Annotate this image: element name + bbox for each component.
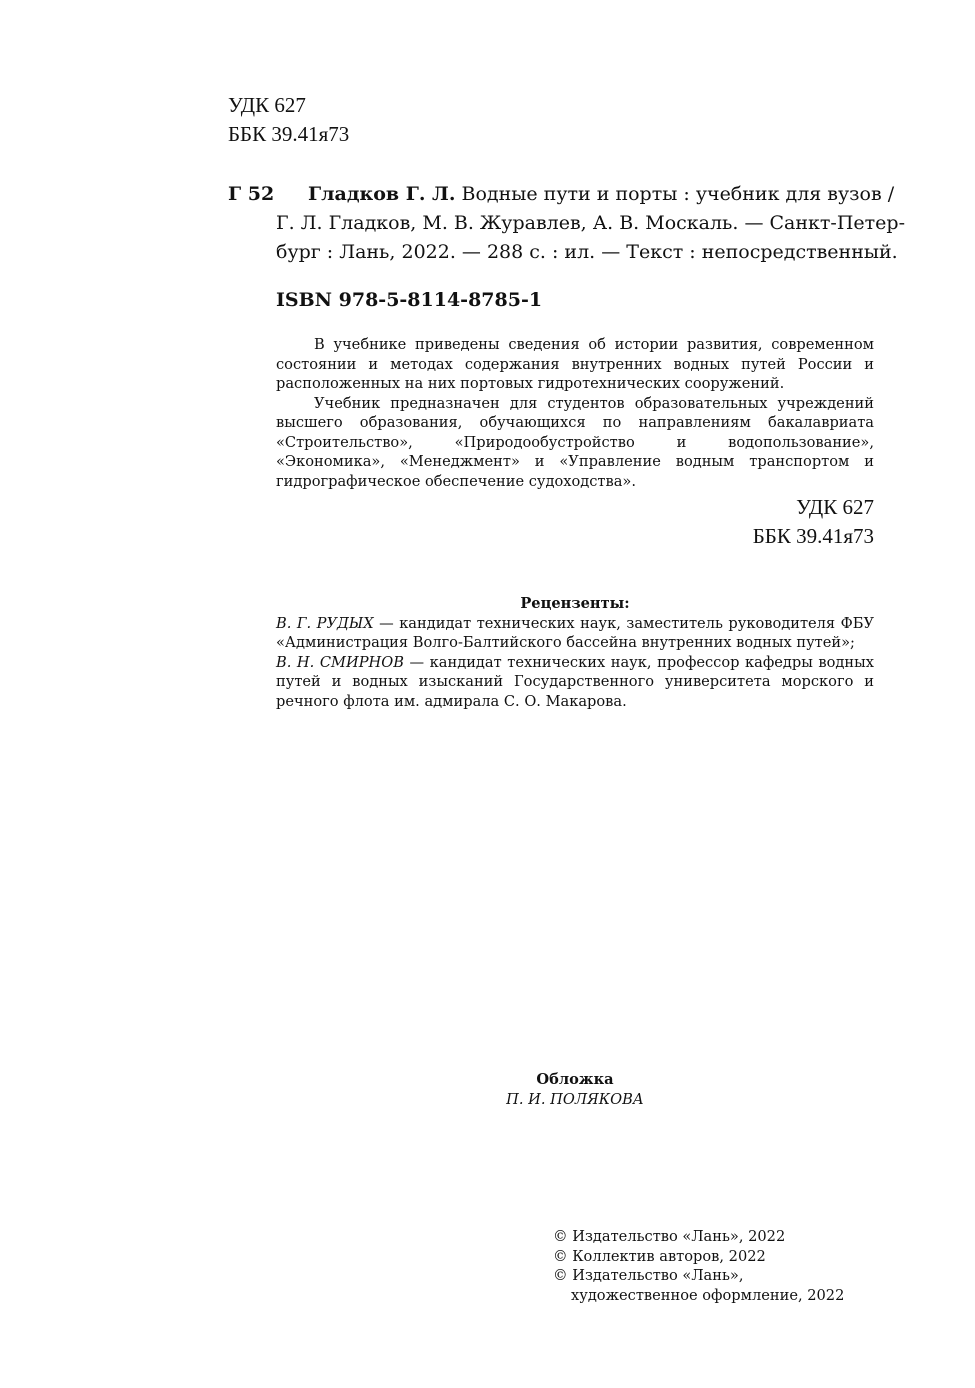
udk-code: УДК 627 (600, 493, 874, 522)
cover-label: Обложка (276, 1070, 874, 1090)
bbk-code: ББК 39.41я73 (228, 120, 349, 149)
udk-bbk-block-top: УДК 627 ББК 39.41я73 (228, 91, 349, 149)
reviewers-section: Рецензенты: В. Г. РУДЫХ — кандидат техни… (276, 594, 874, 711)
author-name: Гладков Г. Л. (308, 183, 455, 205)
cover-credit: Обложка П. И. ПОЛЯКОВА (276, 1070, 874, 1109)
copyright-block: © Издательство «Лань», 2022 © Коллектив … (553, 1227, 844, 1305)
reviewer-name: В. Н. СМИРНОВ (276, 654, 404, 671)
copyright-line: © Коллектив авторов, 2022 (553, 1247, 844, 1267)
biblio-line-2: Г. Л. Гладков, М. В. Журавлев, А. В. Мос… (276, 209, 874, 238)
biblio-line-3: бург : Лань, 2022. — 288 с. : ил. — Текс… (276, 238, 874, 267)
annotation-paragraph: Учебник предназначен для студентов образ… (276, 394, 874, 492)
reviewer-name: В. Г. РУДЫХ (276, 615, 374, 632)
biblio-line-1: Гладков Г. Л. Водные пути и порты : учеб… (308, 180, 874, 209)
reviewer-entry: В. Н. СМИРНОВ — кандидат технических нау… (276, 653, 874, 712)
cover-designer: П. И. ПОЛЯКОВА (276, 1090, 874, 1110)
annotation-paragraph: В учебнике приведены сведения об истории… (276, 335, 874, 394)
copyright-line: © Издательство «Лань», (553, 1266, 844, 1286)
copyright-line: © Издательство «Лань», 2022 (553, 1227, 844, 1247)
annotation: В учебнике приведены сведения об истории… (276, 335, 874, 491)
udk-bbk-block-right: УДК 627 ББК 39.41я73 (600, 493, 874, 551)
udk-code: УДК 627 (228, 91, 349, 120)
bbk-code: ББК 39.41я73 (600, 522, 874, 551)
reviewers-heading: Рецензенты: (276, 594, 874, 614)
author-mark: Г 52 (228, 180, 274, 209)
reviewer-entry: В. Г. РУДЫХ — кандидат технических наук,… (276, 614, 874, 653)
copyright-line: художественное оформление, 2022 (553, 1286, 844, 1306)
title-text: Водные пути и порты : учебник для вузов … (462, 183, 895, 205)
isbn: ISBN 978-5-8114-8785-1 (276, 286, 542, 315)
bibliographic-record: Гладков Г. Л. Водные пути и порты : учеб… (308, 180, 874, 267)
